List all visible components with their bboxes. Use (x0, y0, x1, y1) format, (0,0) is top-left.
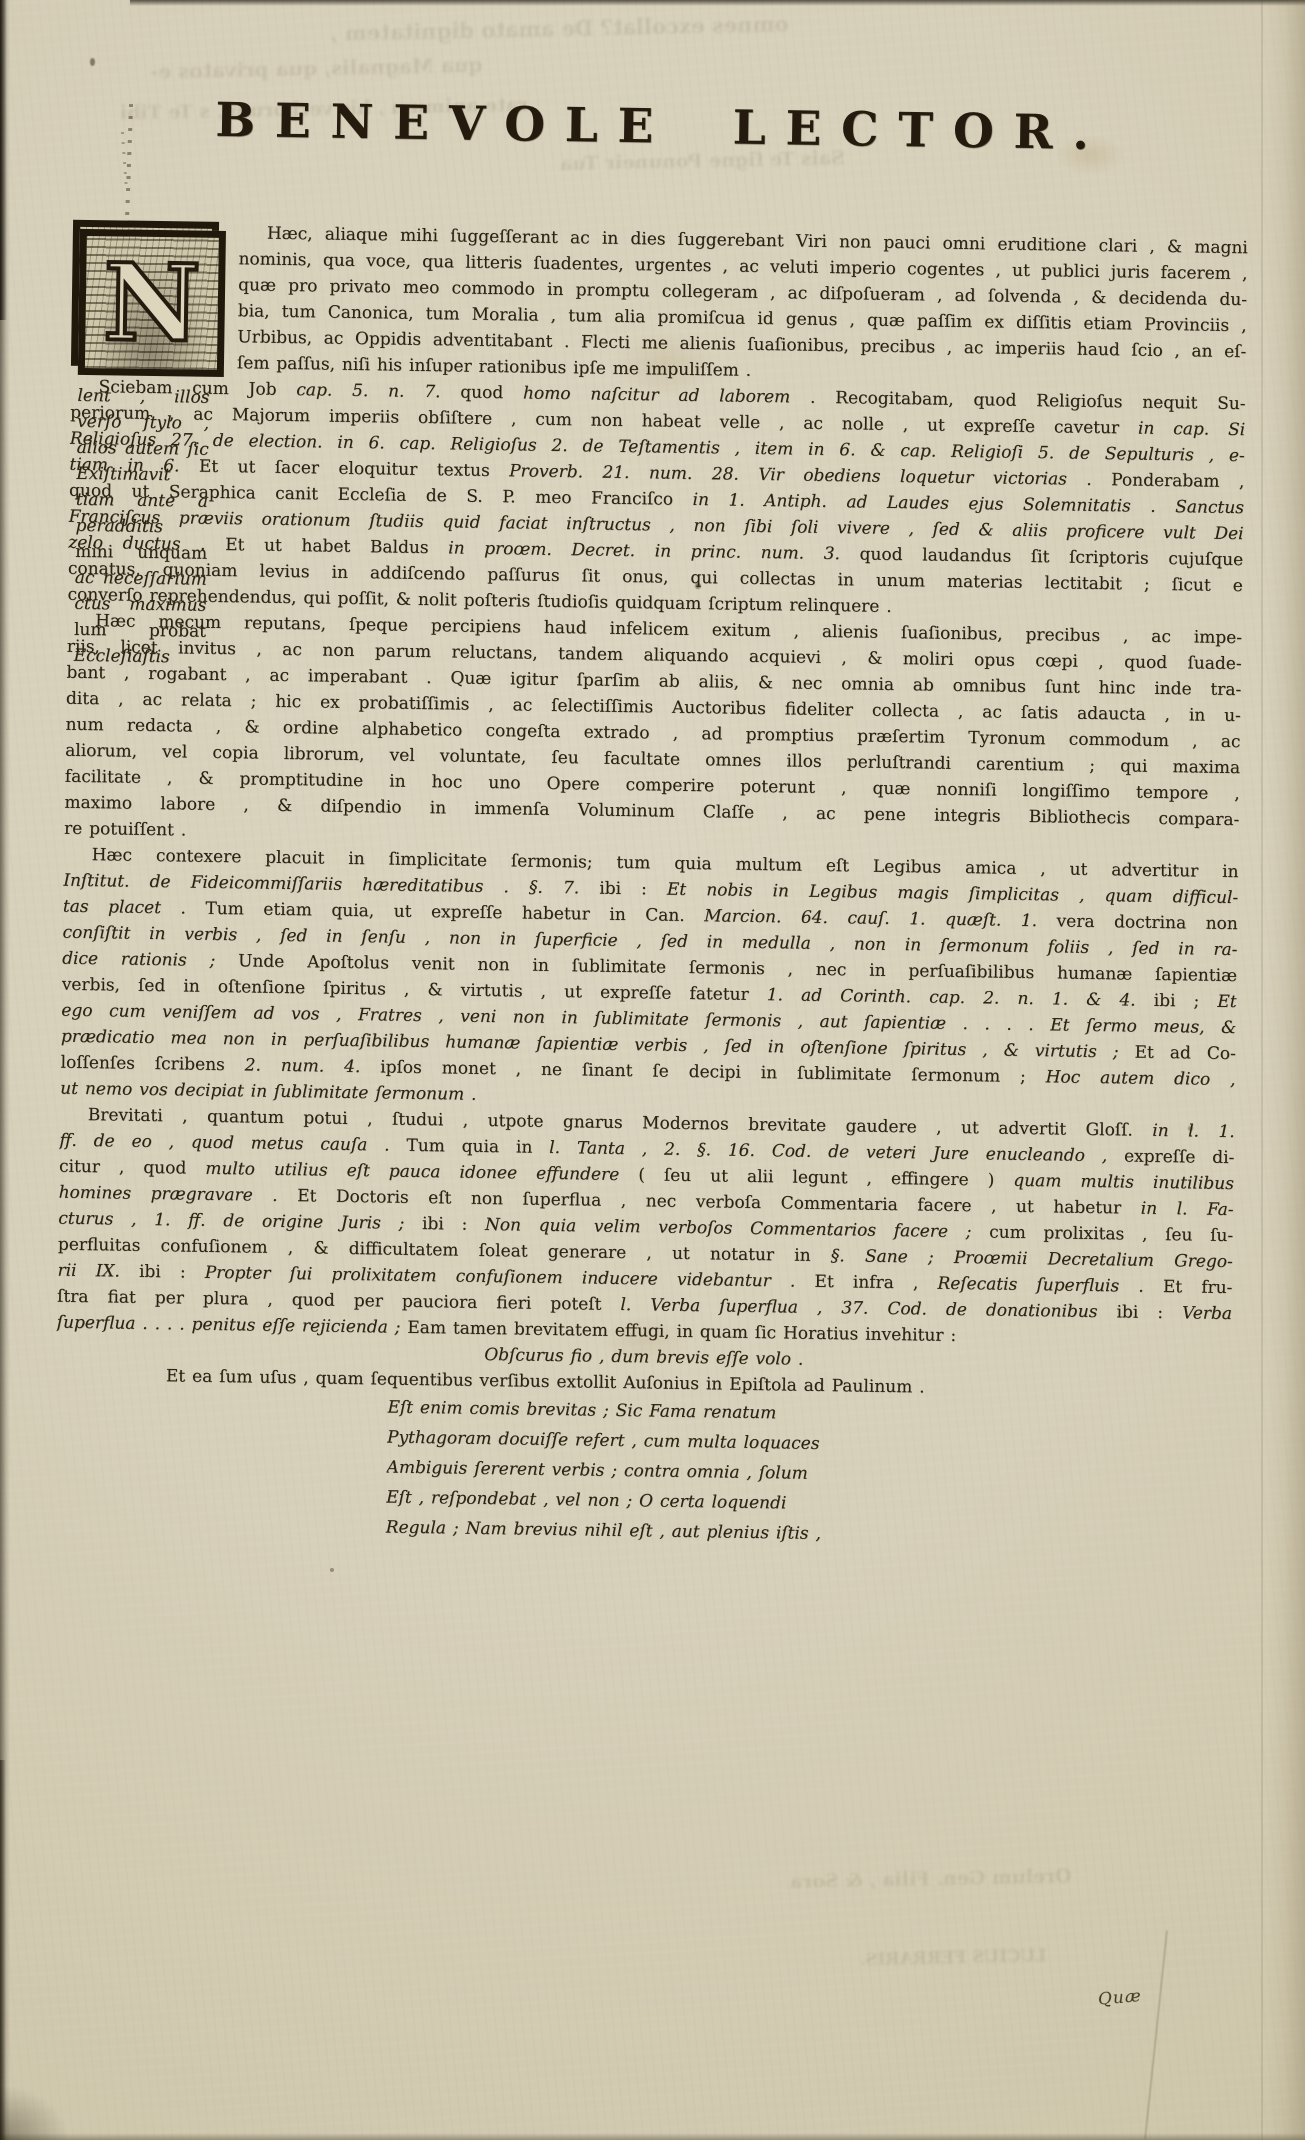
text-line: alios autem ſic . Cui jam præiverat S. C… (77, 435, 209, 463)
text-line: verſo ſtylo , non diverſa fide , etiam d… (77, 409, 209, 437)
text-line: mini unquam obeſſe, multis vero prodeſſe… (75, 539, 207, 567)
paragraph: Hæc, aliaque mihi ſuggeſſerant ac in die… (71, 218, 1248, 391)
show-through-text: LUCIUS FERRARIS. (860, 1946, 1047, 1970)
text-line: peradditis novos ſuperaddere: At ibidem … (75, 513, 207, 541)
ink-speck (90, 58, 95, 66)
page-content: BENEVOLE LECTOR. NE mireris, benevole Le… (54, 90, 1250, 1555)
text-line: lum probat laconicum , improbat alius ; … (74, 617, 206, 645)
text-line: Exiſtimavit fortaſſe quiſpiam otioſum eſ… (76, 461, 208, 489)
corner-shadow (0, 2085, 70, 2140)
text-line: tiam ante a pluribus diſputata , & expli… (76, 487, 208, 515)
paragraph: Brevitati , quantum potui , ſtudui , utp… (57, 1102, 1235, 1353)
text-line: lent , illos planiores non inveniant lib… (77, 383, 209, 411)
paragraph: Hæc mecum reputans, ſpeque percipiens ha… (64, 608, 1242, 859)
show-through-text: Orelum Gen. Filia , & Sora (790, 1865, 1072, 1893)
paper-crease (1144, 1930, 1168, 2139)
body-text: NE mireris, benevole Lector, ſi poſt tot… (54, 218, 1248, 1555)
page-edge-shadow-bottom (0, 2133, 1305, 2140)
ink-speck (330, 1568, 334, 1572)
catchword: Quæ (1097, 1986, 1142, 2010)
page-edge-band-right (1267, 0, 1305, 2140)
page-title: BENEVOLE LECTOR. (74, 90, 1250, 165)
drop-cap-letter: N (85, 236, 219, 370)
show-through-text: omnes excollat? De amato dignitatem , (330, 11, 789, 46)
paragraph: Eſt enim comis brevitas ; Sic Fama renat… (386, 1393, 1231, 1555)
drop-cap-woodcut-initial: N (78, 229, 226, 377)
book-page: omnes excollat? De amato dignitatem , qu… (0, 0, 1305, 2140)
paragraph: Sciebam cum Job cap. 5. n. 7. quod homo … (67, 374, 1245, 625)
page-edge-shadow-left (0, 0, 7, 320)
page-edge-shadow-left (0, 1760, 6, 2140)
text-line: Eccleſiaſtis cap. 12. n. 12. dicitur, qu… (73, 643, 205, 671)
text-line: ac neceſſarium , & ita ſuper eo multis ,… (75, 565, 207, 593)
paragraph: NE mireris, benevole Lector, ſi poſt tot… (71, 220, 219, 368)
text-line: ctus maximus ad audientes perveniet . No… (74, 591, 206, 619)
page-edge-line (1261, 0, 1263, 2140)
page-edge-shadow-top (130, 0, 1305, 6)
paragraph: Hæc contexere placuit in ſimplicitate ſe… (60, 842, 1239, 1119)
show-through-text: qua Magnalis, qua privatos e- (150, 53, 483, 84)
